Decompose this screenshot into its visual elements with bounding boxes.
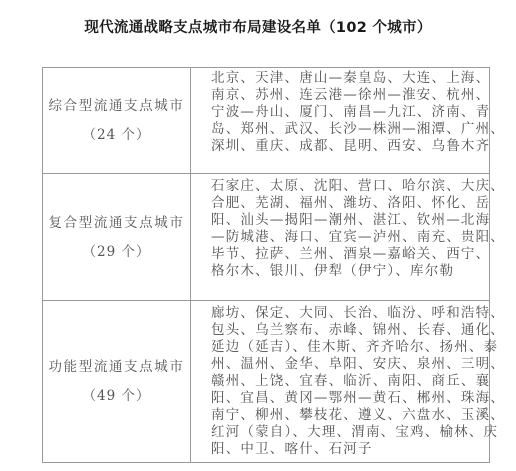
cities-line: 毕节、拉萨、兰州、酒泉—嘉峪关、西宁、 bbox=[211, 246, 483, 263]
cities-line: 南宁、柳州、攀枝花、遵义、六盘水、玉溪、 bbox=[211, 407, 483, 424]
category-name: 复合型流通支点城市 bbox=[49, 214, 185, 232]
cities-line: 格尔木、银川、伊犁（伊宁）、库尔勒 bbox=[211, 263, 483, 280]
table-row-comprehensive: 综合型流通支点城市 （24 个） 北京、天津、唐山—秦皇岛、大连、上海、 南京、… bbox=[43, 68, 489, 174]
cities-line: 红河（蒙自）、大理、渭南、宝鸡、榆林、庆 bbox=[211, 424, 483, 441]
category-count: （24 个） bbox=[83, 126, 151, 144]
category-count: （49 个） bbox=[83, 387, 151, 405]
category-cell: 功能型流通支点城市 （49 个） bbox=[43, 301, 191, 462]
category-count: （29 个） bbox=[83, 243, 151, 261]
category-cell: 复合型流通支点城市 （29 个） bbox=[43, 174, 191, 300]
cities-line: 深圳、重庆、成都、昆明、西安、乌鲁木齐 bbox=[211, 138, 483, 155]
cities-line: 合肥、芜湖、福州、潍坊、洛阳、怀化、岳 bbox=[211, 195, 483, 212]
category-name: 综合型流通支点城市 bbox=[49, 97, 185, 115]
cities-line: 阳、中卫、喀什、石河子 bbox=[211, 441, 483, 458]
category-cell: 综合型流通支点城市 （24 个） bbox=[43, 68, 191, 173]
cities-line: 州、温州、金华、阜阳、安庆、泉州、三明、 bbox=[211, 356, 483, 373]
cities-line: 南京、苏州、连云港—徐州—淮安、杭州、 bbox=[211, 87, 483, 104]
city-list-table: 综合型流通支点城市 （24 个） 北京、天津、唐山—秦皇岛、大连、上海、 南京、… bbox=[42, 67, 490, 463]
cities-line: —防城港、海口、宜宾—泸州、南充、贵阳、 bbox=[211, 229, 483, 246]
cities-line: 廊坊、保定、大同、长治、临汾、呼和浩特、 bbox=[211, 305, 483, 322]
cities-line: 包头、乌兰察布、赤峰、锦州、长春、通化、 bbox=[211, 322, 483, 339]
cities-line: 石家庄、太原、沈阳、营口、哈尔滨、大庆、 bbox=[211, 178, 483, 195]
cities-cell: 廊坊、保定、大同、长治、临汾、呼和浩特、 包头、乌兰察布、赤峰、锦州、长春、通化… bbox=[211, 305, 483, 458]
category-name: 功能型流通支点城市 bbox=[49, 358, 185, 376]
document-title: 现代流通战略支点城市布局建设名单（102 个城市） bbox=[0, 16, 516, 37]
cities-line: 阳、汕头—揭阳—潮州、湛江、钦州—北海 bbox=[211, 212, 483, 229]
table-row-composite: 复合型流通支点城市 （29 个） 石家庄、太原、沈阳、营口、哈尔滨、大庆、 合肥… bbox=[43, 174, 489, 301]
cities-line: 宁波—舟山、厦门、南昌—九江、济南、青 bbox=[211, 104, 483, 121]
cities-line: 延边（延吉）、佳木斯、齐齐哈尔、扬州、泰 bbox=[211, 339, 483, 356]
cities-line: 赣州、上饶、宜春、临沂、南阳、商丘、襄 bbox=[211, 373, 483, 390]
cities-cell: 石家庄、太原、沈阳、营口、哈尔滨、大庆、 合肥、芜湖、福州、潍坊、洛阳、怀化、岳… bbox=[211, 178, 483, 280]
cities-cell: 北京、天津、唐山—秦皇岛、大连、上海、 南京、苏州、连云港—徐州—淮安、杭州、 … bbox=[211, 70, 483, 155]
cities-line: 阳、宜昌、黄冈—鄂州—黄石、郴州、珠海、 bbox=[211, 390, 483, 407]
cities-line: 北京、天津、唐山—秦皇岛、大连、上海、 bbox=[211, 70, 483, 87]
cities-line: 岛、郑州、武汉、长沙—株洲—湘潭、广州、 bbox=[211, 121, 483, 138]
table-row-functional: 功能型流通支点城市 （49 个） 廊坊、保定、大同、长治、临汾、呼和浩特、 包头… bbox=[43, 301, 489, 462]
